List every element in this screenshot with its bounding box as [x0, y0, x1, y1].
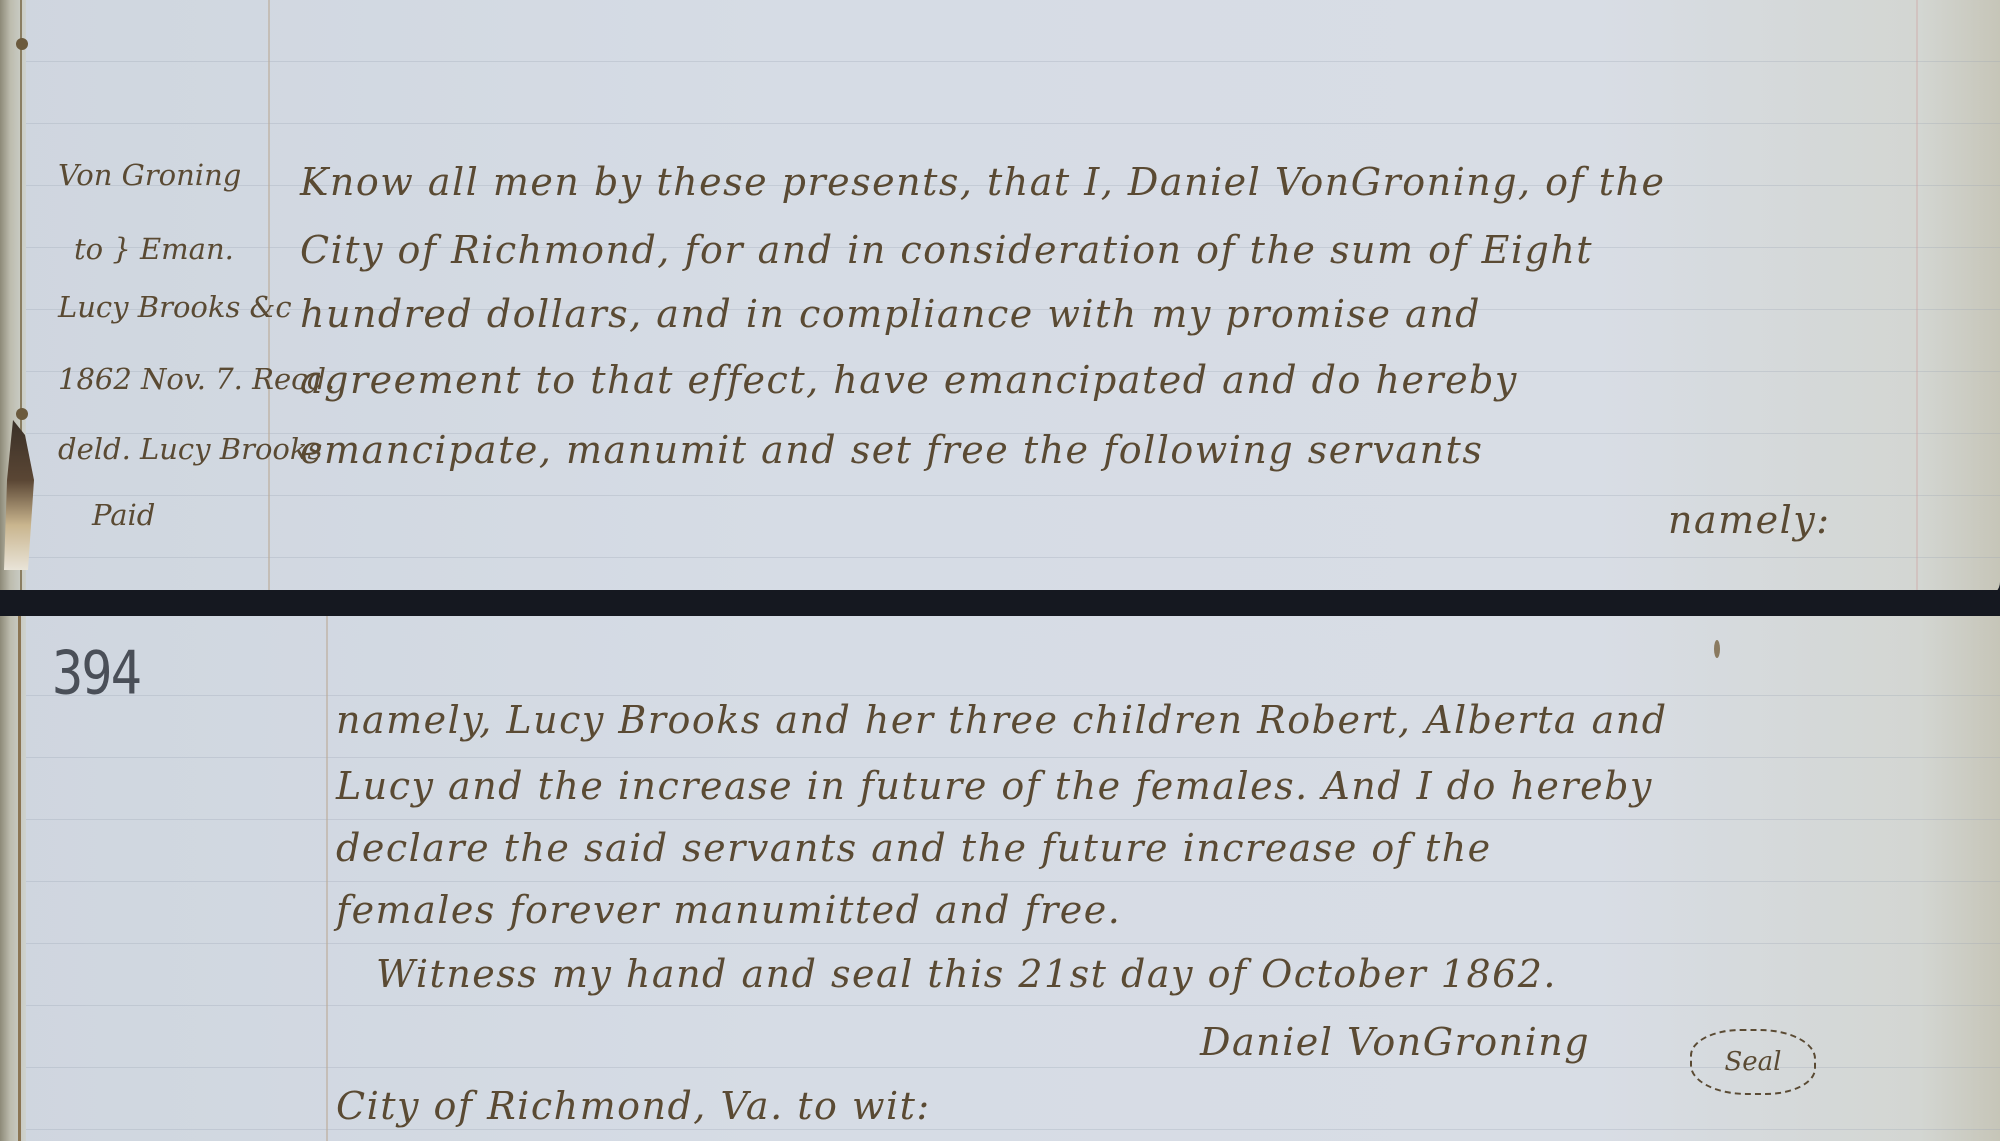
- deed-line: hundred dollars, and in compliance with …: [300, 292, 1481, 336]
- margin-note-recorded-date: 1862 Nov. 7. Recd.: [58, 362, 335, 396]
- right-margin-rule: [1916, 0, 1918, 596]
- margin-note-emancipation: to } Eman.: [74, 232, 234, 266]
- seal-icon: Seal: [1690, 1029, 1816, 1095]
- deed-line: Know all men by these presents, that I, …: [300, 160, 1665, 204]
- binding-stitch-icon: [16, 408, 28, 420]
- deed-line-jurisdiction: City of Richmond, Va. to wit:: [336, 1084, 931, 1128]
- margin-note-delivered: deld. Lucy Brooks: [58, 432, 322, 466]
- deed-line: females forever manumitted and free.: [336, 888, 1121, 932]
- deed-line: Lucy and the increase in future of the f…: [336, 764, 1653, 808]
- page-number: 394: [52, 640, 140, 709]
- signature: Daniel VonGroning: [1200, 1020, 1590, 1064]
- margin-note-paid: Paid: [92, 498, 155, 532]
- deed-line: agreement to that effect, have emancipat…: [300, 358, 1518, 402]
- ink-blot: [1714, 640, 1720, 658]
- deed-line: declare the said servants and the future…: [336, 826, 1492, 870]
- ledger-page-bottom: 394 namely, Lucy Brooks and her three ch…: [0, 616, 2000, 1141]
- margin-note-grantor: Von Groning: [58, 158, 241, 192]
- margin-note-grantee: Lucy Brooks &c: [58, 290, 292, 324]
- book-binding-gap: [0, 590, 2000, 618]
- deed-line: City of Richmond, for and in considerati…: [300, 228, 1593, 272]
- deed-line: emancipate, manumit and set free the fol…: [300, 428, 1483, 472]
- ledger-page-top: Von Groning to } Eman. Lucy Brooks &c 18…: [0, 0, 2000, 596]
- deed-line-namely: namely:: [1668, 498, 1831, 542]
- deed-line: namely, Lucy Brooks and her three childr…: [336, 698, 1668, 742]
- margin-rule: [326, 616, 328, 1141]
- binding-stitch-icon: [16, 38, 28, 50]
- deed-line-witness: Witness my hand and seal this 21st day o…: [376, 952, 1557, 996]
- page-spine: [0, 616, 26, 1141]
